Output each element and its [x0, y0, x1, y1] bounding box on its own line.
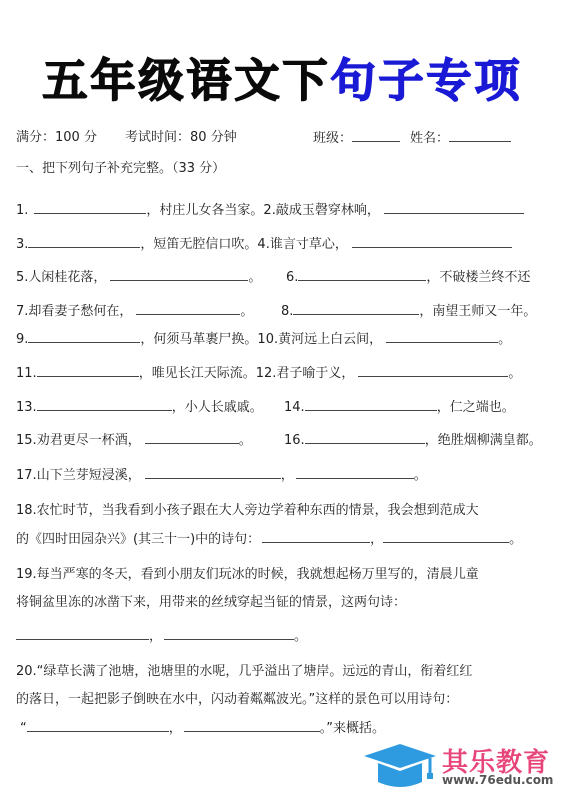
q10-end: 。	[498, 332, 511, 347]
q5-end: 。	[248, 270, 261, 285]
exam-time: 考试时间：80 分钟	[125, 129, 237, 147]
name-input-blank[interactable]	[449, 129, 511, 142]
exam-time-label: 考试时间：	[125, 130, 190, 145]
question-row-8: 15.劝君更尽一杯酒，。	[16, 431, 252, 450]
q20-line-2: 的落日，一起把影子倒映在水中，闪动着粼粼波光。”这样的景色可以用诗句：	[16, 691, 458, 709]
q1-number: 1.	[16, 203, 28, 218]
question-row-4b: 8.，南望王师又一年。	[281, 302, 536, 321]
question-row-1: 1.，村庄儿女各当家。2.敲成玉磬穿林响，	[16, 201, 524, 220]
q19-line-2: 将铜盆里冻的冰凿下来，用带来的丝绒穿起当钲的情景，这两句诗：	[16, 594, 406, 612]
q15-blank[interactable]	[145, 431, 239, 444]
q12-blank[interactable]	[358, 364, 508, 377]
q17-comma: ，	[281, 468, 294, 483]
q20-blank-2[interactable]	[184, 719, 320, 732]
q9-number: 9.	[16, 332, 28, 347]
q4-text: 谁言寸草心，	[270, 237, 348, 252]
title-topic: 句子专项	[331, 54, 523, 107]
q19-end: 。	[294, 629, 307, 644]
q19-blank-1[interactable]	[16, 627, 149, 640]
q5-blank[interactable]	[110, 268, 248, 281]
q16-blank[interactable]	[305, 431, 425, 444]
q4-blank[interactable]	[352, 235, 512, 248]
question-row-8b: 16.，绝胜烟柳满皇都。	[284, 431, 542, 450]
q20-blank-1[interactable]	[27, 719, 169, 732]
brand-logo: 其乐教育 www.76edu.com	[362, 742, 562, 792]
q15-text: 劝君更尽一杯酒，	[37, 433, 141, 448]
q18-text: 的《四时田园杂兴》(其三十一)中的诗句：	[16, 532, 260, 547]
class-field: 班级：	[313, 129, 400, 148]
q6-text: ，不破楼兰终不还	[426, 270, 530, 285]
question-row-4: 7.却看妻子愁何在，。	[16, 302, 253, 321]
q14-text: ，仁之端也。	[437, 400, 515, 415]
q18-blank-2[interactable]	[383, 530, 509, 543]
q5-text: 人闲桂花落，	[28, 270, 106, 285]
class-input-blank[interactable]	[352, 129, 400, 142]
title-grade: 五年级语文下	[42, 54, 330, 107]
q2-number: 2.	[263, 203, 275, 218]
q20-end: 。”来概括。	[320, 721, 385, 736]
q8-number: 8.	[281, 304, 293, 319]
q11-blank[interactable]	[37, 364, 139, 377]
q14-number: 14.	[284, 400, 305, 415]
q3-blank[interactable]	[28, 235, 140, 248]
q19-comma: ，	[149, 629, 162, 644]
q10-blank[interactable]	[386, 330, 498, 343]
q5-number: 5.	[16, 270, 28, 285]
q12-end: 。	[508, 366, 521, 381]
q20-comma: ，	[169, 721, 182, 736]
question-row-3b: 6.，不破楼兰终不还	[286, 268, 530, 287]
q3-text: ，短笛无腔信口吹。	[140, 237, 257, 252]
q1-blank[interactable]	[34, 201, 146, 214]
q18-end: 。	[509, 532, 522, 547]
q19-answer-line: ，。	[16, 627, 307, 646]
question-row-2: 3.，短笛无腔信口吹。4.谁言寸草心，	[16, 235, 512, 254]
q13-text: ，小人长戚戚。	[172, 400, 263, 415]
q18-comma: ，	[370, 532, 383, 547]
question-row-5: 9.，何须马革裹尸换。10.黄河远上白云间，。	[16, 330, 511, 349]
q17-blank-1[interactable]	[145, 466, 281, 479]
q7-number: 7.	[16, 304, 28, 319]
q15-end: 。	[239, 433, 252, 448]
q20-line-1: 20.“绿草长满了池塘，池塘里的水呢，几乎溢出了塘岸。远远的青山，衔着红红	[16, 663, 472, 681]
q12-text: 君子喻于义，	[276, 366, 354, 381]
q11-number: 11.	[16, 366, 37, 381]
q10-text: 黄河远上白云间，	[278, 332, 382, 347]
question-row-7: 13.，小人长戚戚。	[16, 398, 263, 417]
q3-number: 3.	[16, 237, 28, 252]
q2-text: 敲成玉磬穿林响，	[276, 203, 380, 218]
class-label: 班级：	[313, 131, 352, 146]
q18-line-1: 18.农忙时节，当我看到小孩子跟在大人旁边学着种东西的情景，我会想到范成大	[16, 502, 479, 520]
page-title: 五年级语文下句子专项	[0, 44, 565, 109]
q17-end: 。	[414, 468, 427, 483]
name-field: 姓名：	[410, 129, 511, 148]
q13-number: 13.	[16, 400, 37, 415]
q16-text: ，绝胜烟柳满皇都。	[425, 433, 542, 448]
q8-blank[interactable]	[293, 302, 419, 315]
question-row-3: 5.人闲桂花落，。	[16, 268, 261, 287]
graduation-cap-icon	[362, 742, 438, 790]
q15-number: 15.	[16, 433, 37, 448]
exam-time-value: 80 分钟	[190, 130, 237, 145]
name-label: 姓名：	[410, 131, 449, 146]
full-score: 满分：100 分	[16, 129, 97, 147]
q7-blank[interactable]	[136, 302, 240, 315]
q7-end: 。	[240, 304, 253, 319]
q20-answer-line: “，。”来概括。	[20, 719, 385, 738]
section-heading: 一、把下列句子补充完整。（33 分）	[16, 160, 225, 178]
q10-number: 10.	[257, 332, 278, 347]
q19-blank-2[interactable]	[164, 627, 294, 640]
q17-number: 17.	[16, 468, 37, 483]
question-row-9: 17.山下兰芽短浸溪，，。	[16, 466, 427, 485]
q13-blank[interactable]	[37, 398, 172, 411]
q1-text: ，村庄儿女各当家。	[146, 203, 263, 218]
q8-text: ，南望王师又一年。	[419, 304, 536, 319]
full-score-value: 100 分	[55, 130, 97, 145]
q17-blank-2[interactable]	[296, 466, 414, 479]
q11-text: ，唯见长江天际流。	[139, 366, 256, 381]
q18-line-2: 的《四时田园杂兴》(其三十一)中的诗句：，。	[16, 530, 522, 549]
q17-text: 山下兰芽短浸溪，	[37, 468, 141, 483]
q18-blank-1[interactable]	[262, 530, 370, 543]
q6-number: 6.	[286, 270, 298, 285]
q12-number: 12.	[256, 366, 277, 381]
q9-blank[interactable]	[28, 330, 140, 343]
q6-blank[interactable]	[298, 268, 426, 281]
q20-open-quote: “	[20, 721, 27, 736]
brand-url: www.76edu.com	[442, 773, 553, 787]
full-score-label: 满分：	[16, 130, 55, 145]
question-row-7b: 14.，仁之端也。	[284, 398, 515, 417]
q19-line-1: 19.每当严寒的冬天，看到小朋友们玩冰的时候，我就想起杨万里写的，清晨儿童	[16, 566, 479, 584]
q4-number: 4.	[257, 237, 269, 252]
q9-text: ，何须马革裹尸换。	[140, 332, 257, 347]
q2-blank[interactable]	[384, 201, 524, 214]
question-row-6: 11.，唯见长江天际流。12.君子喻于义，。	[16, 364, 521, 383]
q7-text: 却看妻子愁何在，	[28, 304, 132, 319]
q16-number: 16.	[284, 433, 305, 448]
q14-blank[interactable]	[305, 398, 437, 411]
